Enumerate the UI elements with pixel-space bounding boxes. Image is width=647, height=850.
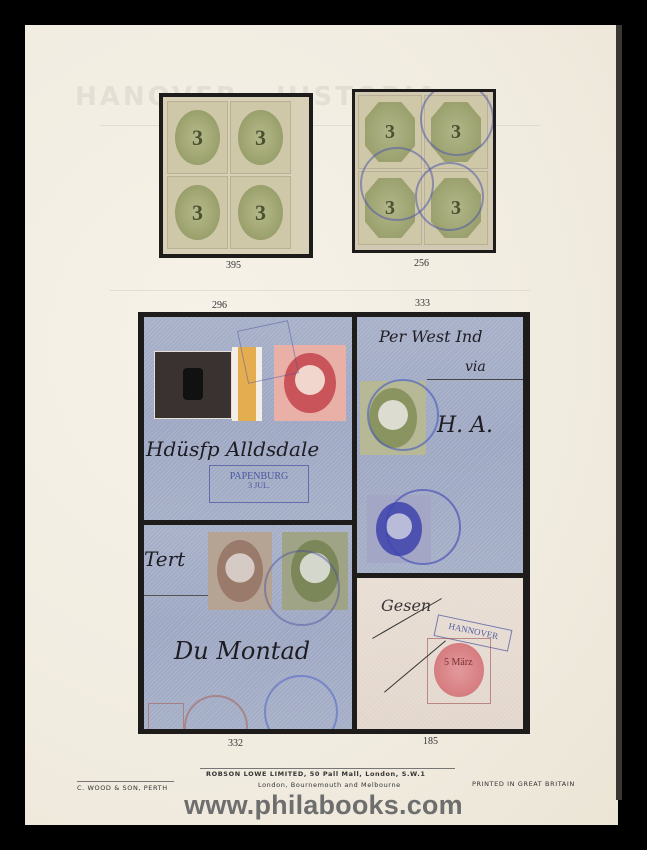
stamp: 3	[167, 101, 228, 174]
postmark-cancel	[184, 695, 248, 729]
lot-395-image[interactable]: 3 3 3 3	[163, 97, 309, 254]
publisher-locations: London, Bournemouth and Melbourne	[258, 781, 401, 789]
postmark	[237, 320, 299, 384]
philabooks-watermark: www.philabooks.com	[0, 790, 647, 821]
lot-caption: 296	[212, 300, 227, 311]
lot-256-image[interactable]: 3 3 3 3	[355, 92, 493, 250]
stamp: 3	[230, 101, 291, 174]
postmark-red-box	[148, 703, 184, 729]
stamp: 3	[230, 176, 291, 249]
covers-collage-frame: Hdüsfp Alldsdale PAPENBURG 3 JUL. Tert D…	[138, 312, 530, 734]
stamp-black	[154, 351, 232, 419]
handwriting: Gesen	[381, 596, 431, 615]
postmark-cancel	[367, 379, 439, 451]
cover-papenburg[interactable]: Hdüsfp Alldsdale PAPENBURG 3 JUL.	[144, 317, 352, 520]
footer-rule	[77, 781, 174, 782]
handwriting-address: Du Montad	[174, 637, 310, 665]
lot-caption: 395	[226, 260, 241, 271]
lot-caption: 185	[423, 736, 438, 747]
handwriting: Hdüsfp Alldsdale	[146, 437, 319, 461]
page-edge-shadow	[616, 25, 622, 800]
ghost-rule	[110, 290, 530, 291]
lot-caption: 332	[228, 738, 243, 749]
postmark-cancel	[385, 489, 461, 565]
cover-west-indies[interactable]: Per West Ind via H. A.	[357, 317, 523, 573]
stamp-brown	[208, 532, 272, 610]
stamp: 3	[167, 176, 228, 249]
printed-in: PRINTED IN GREAT BRITAIN	[472, 780, 575, 788]
lot-395-frame: 3 3 3 3	[159, 93, 313, 258]
handwriting: via	[465, 359, 486, 375]
publisher-imprint: ROBSON LOWE LIMITED, 50 Pall Mall, Londo…	[206, 770, 426, 778]
cover-hannover[interactable]: Gesen HANNOVER 5 März	[357, 578, 523, 729]
postmark-papenburg: PAPENBURG 3 JUL.	[209, 465, 309, 503]
handwriting: Tert	[144, 547, 185, 571]
lot-caption: 256	[414, 258, 429, 269]
postmark-cancel	[264, 550, 340, 626]
footer-rule	[200, 768, 455, 769]
lot-caption: 333	[415, 298, 430, 309]
cover-montad[interactable]: Tert Du Montad	[144, 525, 352, 729]
handwriting: H. A.	[437, 413, 493, 438]
handwriting: Per West Ind	[379, 327, 482, 346]
lot-256-frame: 3 3 3 3	[352, 89, 496, 253]
postmark-cancel	[415, 162, 484, 231]
postmark-cancel	[264, 675, 338, 729]
